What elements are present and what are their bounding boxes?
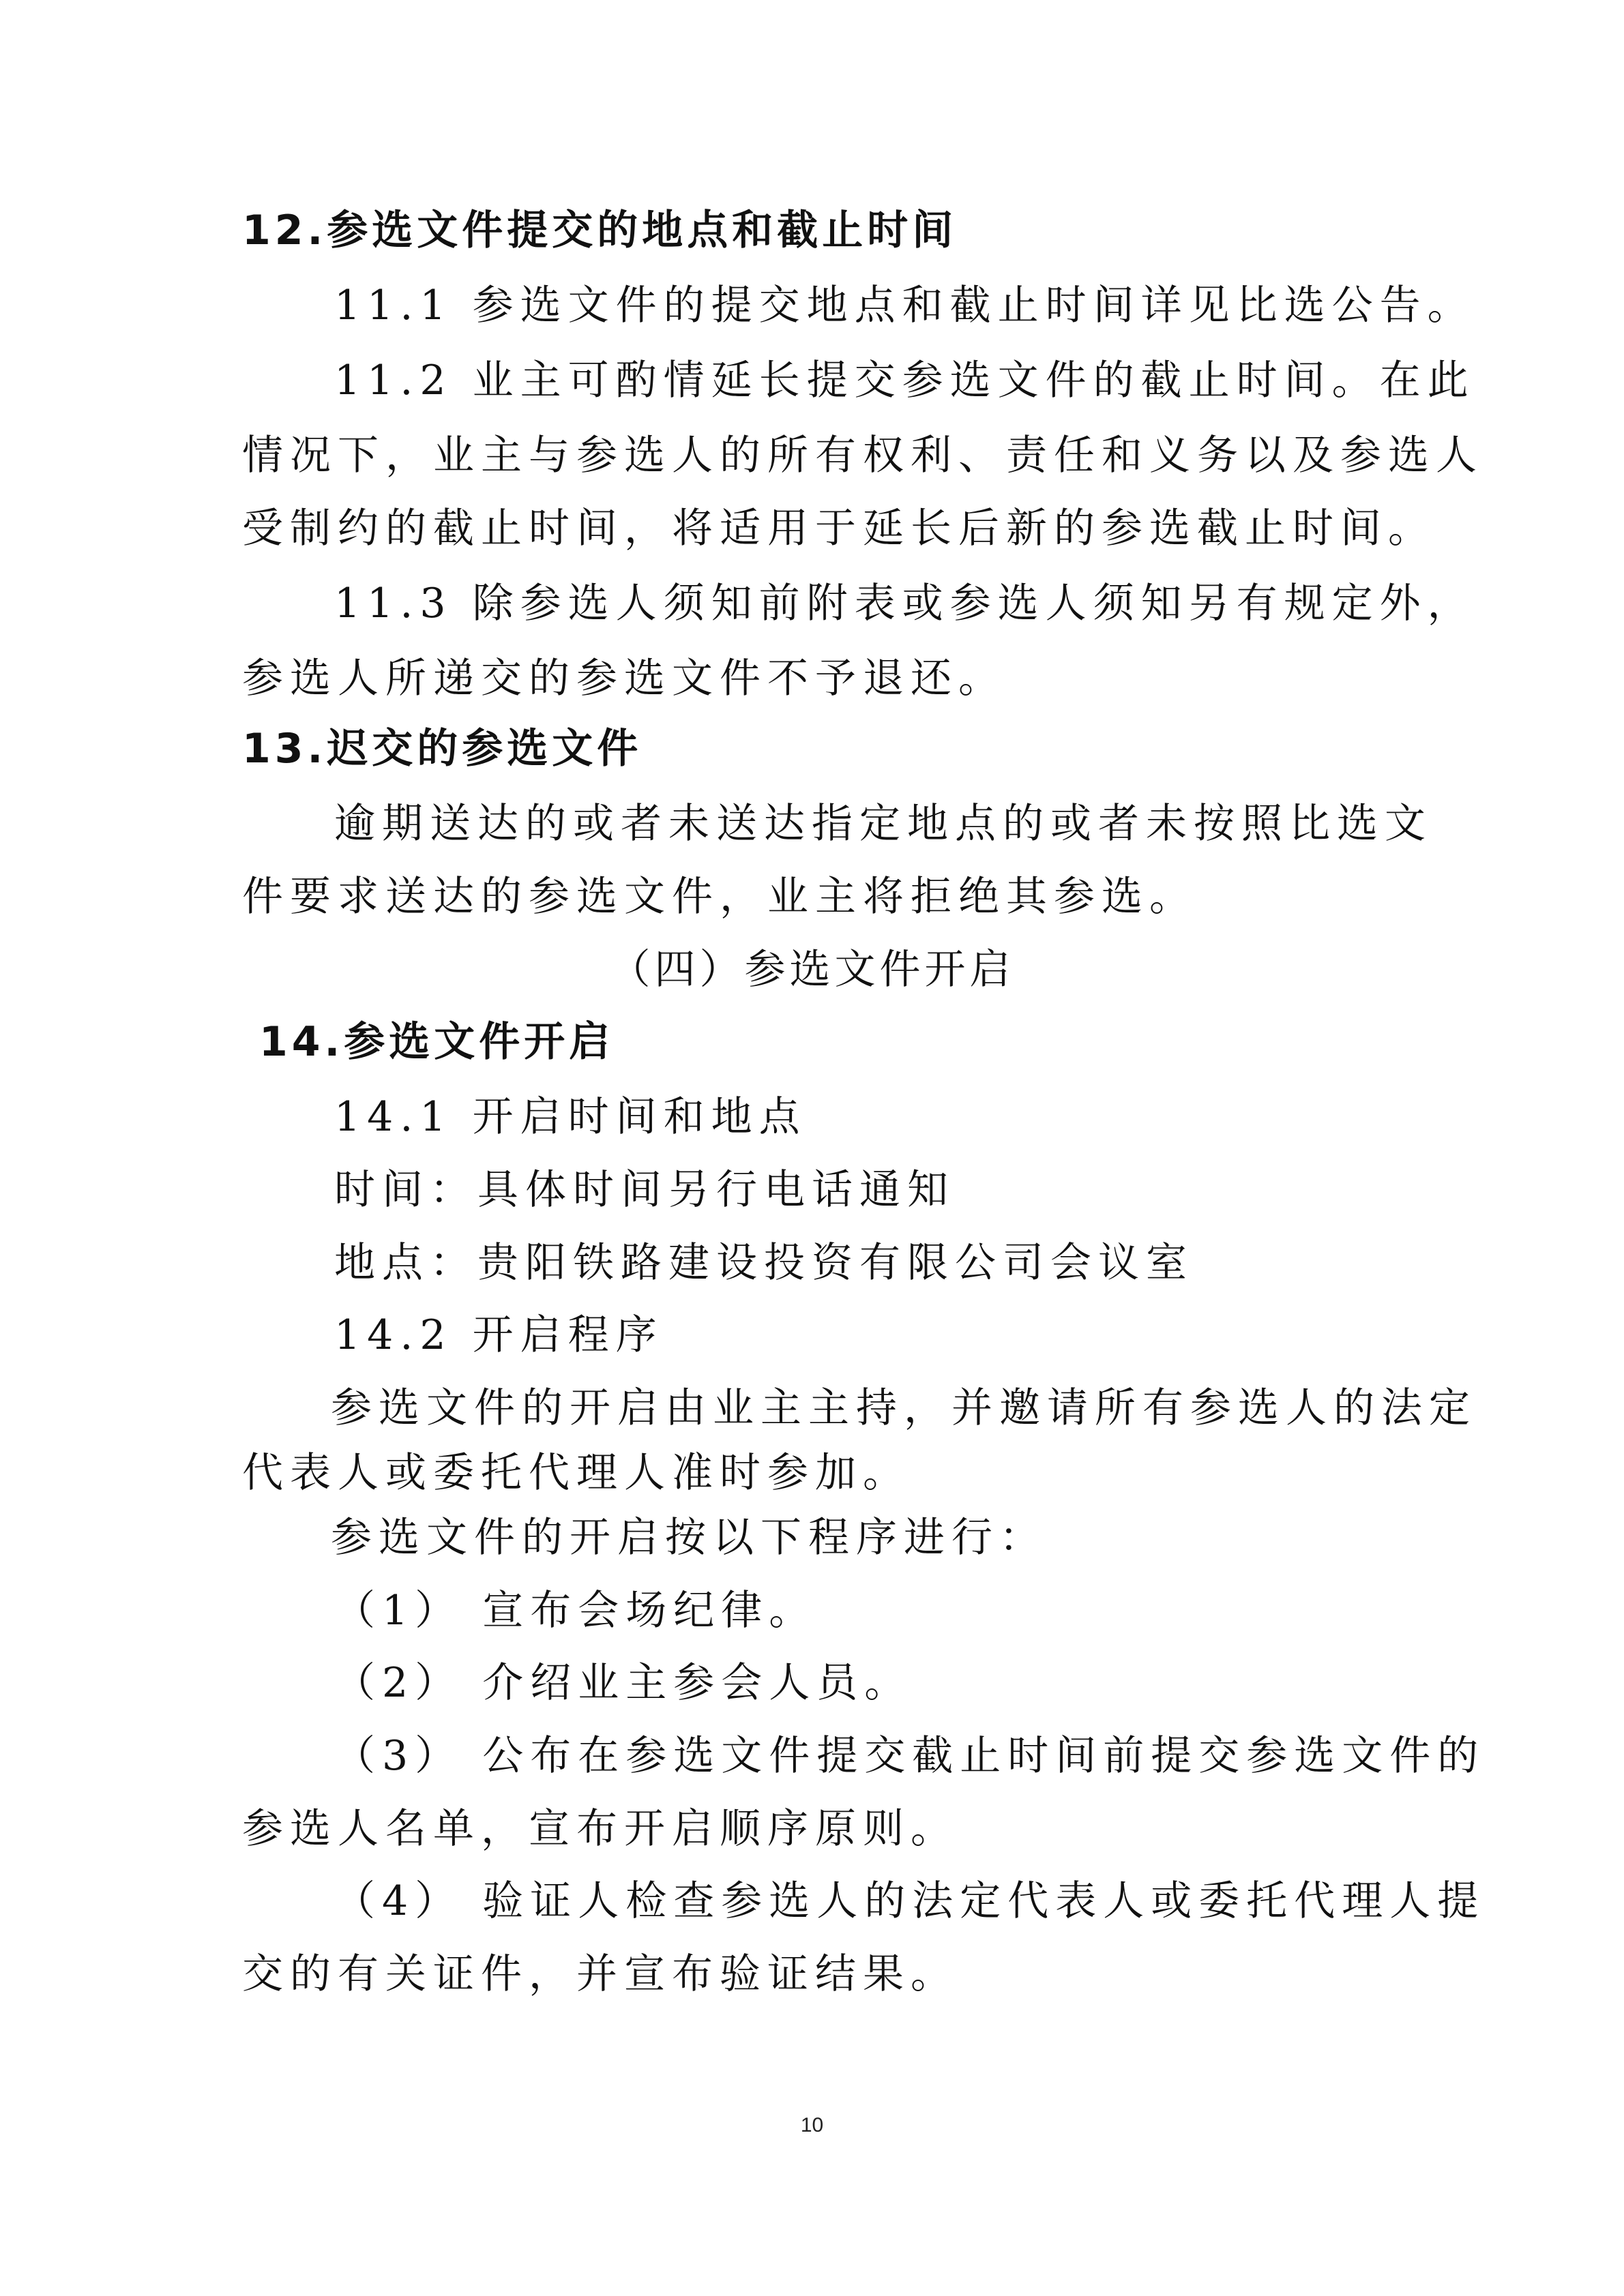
heading-section-13: 13.迟交的参选文件 (242, 721, 1388, 776)
opening-order: 参选文件的开启按以下程序进行： (331, 1510, 1477, 1565)
opening-time: 时间：具体时间另行电话通知 (334, 1163, 1480, 1217)
paragraph-14-2: 14.2 开启程序 (334, 1308, 1480, 1362)
step-3-line-2: 参选人名单，宣布开启顺序原则。 (242, 1802, 1388, 1856)
opening-host-line-2: 代表人或委托代理人准时参加。 (242, 1446, 1388, 1500)
paragraph-14-1: 14.1 开启时间和地点 (334, 1090, 1480, 1144)
step-4-line-2: 交的有关证件，并宣布验证结果。 (242, 1947, 1388, 2001)
step-3-line-1: （3） 公布在参选文件提交截止时间前提交参选文件的 (334, 1729, 1480, 1783)
paragraph-11-1: 11.1 参选文件的提交地点和截止时间详见比选公告。 (334, 278, 1480, 333)
paragraph-11-3-line-1: 11.3 除参选人须知前附表或参选人须知另有规定外， (334, 576, 1480, 631)
paragraph-11-3-line-2: 参选人所递交的参选文件不予退还。 (242, 651, 1388, 706)
paragraph-13-line-1: 逾期送达的或者未送达指定地点的或者未按照比选文 (334, 796, 1480, 851)
part-4-subtitle: （四）参选文件开启 (0, 942, 1624, 997)
paragraph-11-2-line-3: 受制约的截止时间，将适用于延长后新的参选截止时间。 (242, 501, 1388, 556)
paragraph-11-2-line-1: 11.2 业主可酌情延长提交参选文件的截止时间。在此 (334, 353, 1480, 408)
paragraph-11-2-line-2: 情况下，业主与参选人的所有权利、责任和义务以及参选人 (242, 428, 1388, 483)
opening-place: 地点：贵阳铁路建设投资有限公司会议室 (334, 1236, 1480, 1290)
page-number: 10 (0, 2114, 1624, 2137)
opening-host-line-1: 参选文件的开启由业主主持，并邀请所有参选人的法定 (331, 1381, 1477, 1435)
step-1: （1） 宣布会场纪律。 (334, 1583, 1480, 1638)
heading-section-12: 12.参选文件提交的地点和截止时间 (242, 203, 1388, 258)
step-4-line-1: （4） 验证人检查参选人的法定代表人或委托代理人提 (334, 1874, 1480, 1928)
document-page: 12.参选文件提交的地点和截止时间 11.1 参选文件的提交地点和截止时间详见比… (0, 0, 1624, 2296)
paragraph-13-line-2: 件要求送达的参选文件，业主将拒绝其参选。 (242, 869, 1388, 924)
heading-section-14: 14.参选文件开启 (259, 1015, 1405, 1069)
step-2: （2） 介绍业主参会人员。 (334, 1656, 1480, 1710)
